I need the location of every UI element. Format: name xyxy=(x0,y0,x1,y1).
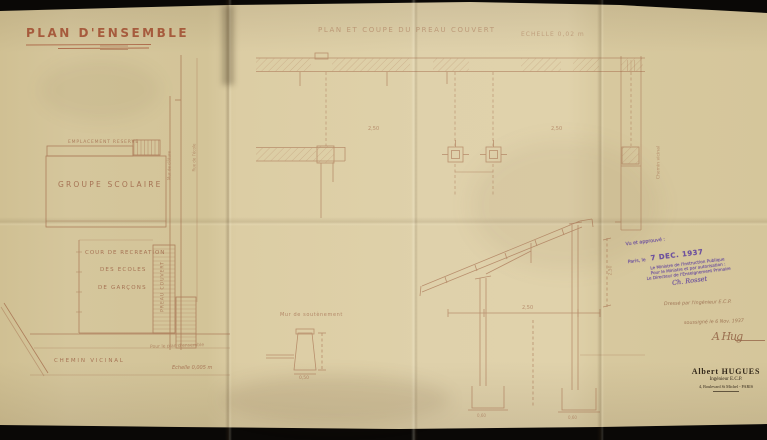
right-scale-note: ECHELLE 0,02 m xyxy=(521,31,585,38)
courtyard-label-line1: COUR DE RECREATION xyxy=(85,250,165,256)
elevation-strip-drawing xyxy=(615,56,641,230)
scanned-drawing: PLAN D'ENSEMBLE PLAN ET COUPE DU PREAU C… xyxy=(0,0,767,440)
retaining-wall-label: Mur de soutènement xyxy=(280,312,343,318)
certification-signature: A Hug xyxy=(712,330,742,343)
engineer-stamp-name: Albert HUGUES xyxy=(686,367,766,377)
dim-wall-base: 0,50 xyxy=(299,376,309,381)
roadside-label: Chemin vicinal xyxy=(657,123,662,203)
courtyard-label-line3: DE GARÇONS xyxy=(98,285,147,291)
drawing-layer xyxy=(0,0,767,440)
dim-span: 2,50 xyxy=(522,305,533,311)
dim-footing-right: 0,60 xyxy=(568,415,577,420)
engineer-stamp-rule xyxy=(713,391,739,392)
engineer-stamp: Albert HUGUES Ingénieur E.C.P. 4, Boulev… xyxy=(686,367,766,392)
approval-stamp-date-prefix: Paris, le xyxy=(628,258,646,265)
engineer-stamp-address: 4, Boulevard St Michel - PARIS xyxy=(686,384,766,389)
dim-bay2: 2,50 xyxy=(551,126,562,132)
roof-plan-drawing xyxy=(256,53,645,218)
courtyard-label-line2: DES ECOLES xyxy=(100,267,147,273)
plan-scale-value: Echelle 0,005 m xyxy=(172,365,212,371)
dim-footing-left: 0,60 xyxy=(477,413,486,418)
site-plan-drawing xyxy=(1,46,230,376)
road-label: CHEMIN VICINAL xyxy=(54,358,125,364)
wall-label: Mur de clôture xyxy=(167,126,172,206)
building-label: GROUPE SCOLAIRE xyxy=(58,180,163,189)
preau-label: PREAU COUVERT xyxy=(161,242,166,332)
dim-height: 2,50 xyxy=(609,258,614,284)
street-label: Rue de l'école xyxy=(192,118,197,198)
title-underline xyxy=(26,45,151,49)
center-title: PLAN ET COUPE DU PREAU COUVERT xyxy=(318,26,496,34)
retaining-wall-detail-drawing xyxy=(266,329,326,374)
main-title: PLAN D'ENSEMBLE xyxy=(26,26,189,40)
signature-flourish xyxy=(735,340,765,341)
reserved-area-label: EMPLACEMENT RESERVE xyxy=(68,140,139,145)
dim-bay1: 2,50 xyxy=(368,126,379,132)
section-drawing xyxy=(420,219,645,412)
